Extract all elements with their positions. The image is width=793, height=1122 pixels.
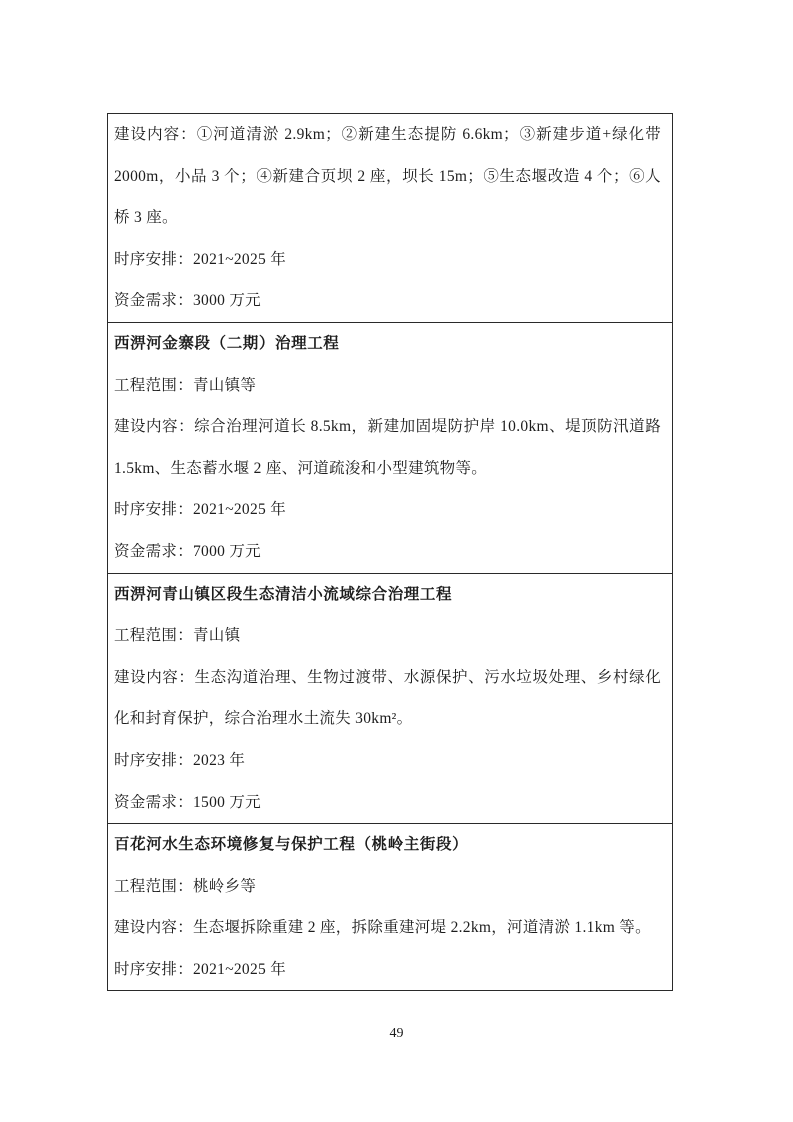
text-line: 化和封育保护，综合治理水土流失 30km²。: [108, 698, 672, 740]
text-line: 桥 3 座。: [108, 197, 672, 239]
page-number: 49: [0, 1026, 793, 1042]
text-line: 建设内容：①河道清淤 2.9km；②新建生态提防 6.6km；③新建步道+绿化带: [108, 114, 672, 156]
text-line: 建设内容：综合治理河道长 8.5km，新建加固堤防护岸 10.0km、堤顶防汛道…: [108, 406, 672, 448]
text-line: 2000m，小品 3 个；④新建合页坝 2 座，坝长 15m；⑤生态堰改造 4 …: [108, 156, 672, 198]
text-line: 1.5km、生态蓄水堰 2 座、河道疏浚和小型建筑物等。: [108, 448, 672, 490]
text-line: 时序安排：2021~2025 年: [108, 489, 672, 531]
text-line: 时序安排：2023 年: [108, 740, 672, 782]
text-line: 建设内容：生态沟道治理、生物过渡带、水源保护、污水垃圾处理、乡村绿化美: [108, 657, 672, 699]
text-line: 工程范围：桃岭乡等: [108, 866, 672, 908]
table-row: 百花河水生态环境修复与保护工程（桃岭主街段）工程范围：桃岭乡等建设内容：生态堰拆…: [108, 824, 672, 990]
table-row: 西淠河金寨段（二期）治理工程工程范围：青山镇等建设内容：综合治理河道长 8.5k…: [108, 323, 672, 574]
text-line: 建设内容：生态堰拆除重建 2 座，拆除重建河堤 2.2km，河道清淤 1.1km…: [108, 907, 672, 949]
project-title: 西淠河金寨段（二期）治理工程: [108, 323, 672, 365]
text-line: 资金需求：1500 万元: [108, 782, 672, 824]
project-table: 建设内容：①河道清淤 2.9km；②新建生态提防 6.6km；③新建步道+绿化带…: [107, 113, 673, 991]
text-line: 工程范围：青山镇等: [108, 365, 672, 407]
text-line: 工程范围：青山镇: [108, 615, 672, 657]
project-title: 百花河水生态环境修复与保护工程（桃岭主街段）: [108, 824, 672, 866]
text-line: 资金需求：7000 万元: [108, 531, 672, 573]
project-title: 西淠河青山镇区段生态清洁小流域综合治理工程: [108, 574, 672, 616]
table-row: 西淠河青山镇区段生态清洁小流域综合治理工程工程范围：青山镇建设内容：生态沟道治理…: [108, 574, 672, 825]
document-page: 建设内容：①河道清淤 2.9km；②新建生态提防 6.6km；③新建步道+绿化带…: [0, 0, 793, 1122]
text-line: 时序安排：2021~2025 年: [108, 239, 672, 281]
text-line: 资金需求：3000 万元: [108, 280, 672, 322]
table-row: 建设内容：①河道清淤 2.9km；②新建生态提防 6.6km；③新建步道+绿化带…: [108, 114, 672, 323]
text-line: 时序安排：2021~2025 年: [108, 949, 672, 991]
